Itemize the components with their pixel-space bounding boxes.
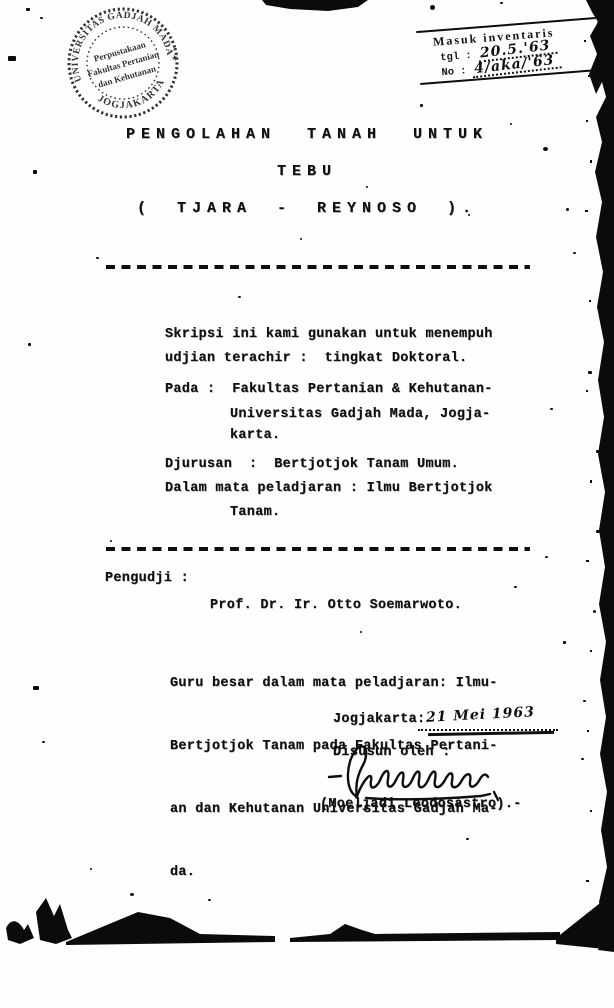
noise-speck: [500, 2, 503, 4]
statement-pada-line-1: Pada : Fakultas Pertanian & Kehutanan-: [165, 382, 493, 397]
noise-speck: [33, 686, 39, 690]
statement-mata-line-1: Dalam mata peladjaran : Ilmu Bertjotjok: [165, 481, 493, 496]
thesis-title-line-2: TEBU: [0, 163, 614, 180]
library-round-stamp: UNIVERSITAS GADJAH MADA JOGJAKARTA ✶ Per…: [36, 2, 210, 124]
noise-speck: [352, 3, 358, 7]
noise-speck: [563, 641, 566, 644]
noise-speck: [510, 123, 512, 125]
statement-line-2: udjian terachir : tingkat Doktoral.: [165, 351, 467, 366]
statement-pada-line-3: karta.: [230, 428, 280, 443]
noise-speck: [96, 257, 99, 259]
stamp-star-icon: ✶: [170, 53, 181, 66]
noise-speck: [588, 371, 592, 374]
examiner-desc-line-4: da.: [170, 862, 498, 883]
noise-speck: [42, 741, 45, 743]
examiner-name: Prof. Dr. Ir. Otto Soemarwoto.: [210, 598, 462, 613]
noise-speck: [26, 8, 30, 11]
examiner-desc-line-1: Guru besar dalam mata peladjaran: Ilmu-: [170, 673, 498, 694]
author-signature: [326, 740, 506, 804]
noise-speck: [596, 530, 600, 533]
dashed-divider-bottom: [106, 547, 530, 551]
noise-speck: [430, 5, 435, 10]
noise-speck: [596, 450, 599, 453]
thesis-title-line-3: ( TJARA - REYNOSO ).: [0, 200, 614, 217]
inventory-number-label: No :: [427, 65, 467, 80]
noise-speck: [28, 343, 31, 346]
noise-speck: [514, 586, 517, 588]
noise-speck: [33, 170, 37, 174]
noise-speck: [8, 56, 16, 61]
noise-speck: [583, 700, 586, 702]
noise-speck: [90, 868, 92, 870]
scanned-thesis-title-page: UNIVERSITAS GADJAH MADA JOGJAKARTA ✶ Per…: [0, 0, 614, 1008]
thesis-title-line-1: PENGOLAHAN TANAH UNTUK: [0, 126, 614, 143]
noise-speck: [468, 214, 470, 216]
closing-place-label: Jogjakarta:: [333, 712, 425, 727]
noise-speck: [110, 540, 112, 542]
author-name: (Moeljadi Leodosastro).-: [320, 797, 522, 812]
noise-speck: [366, 186, 368, 188]
right-page-edge-artifact: [584, 0, 614, 952]
noise-speck: [420, 104, 423, 107]
statement-mata-line-2: Tanam.: [230, 505, 280, 520]
noise-speck: [593, 610, 596, 613]
noise-speck: [360, 631, 362, 633]
noise-speck: [40, 17, 43, 19]
examiner-heading: Pengudji :: [105, 571, 189, 586]
statement-djurusan-line: Djurusan : Bertjotjok Tanam Umum.: [165, 457, 459, 472]
top-page-edge-artifact: [250, 0, 380, 14]
noise-speck: [581, 758, 584, 760]
statement-line-1: Skripsi ini kami gunakan untuk menempuh: [165, 327, 493, 342]
bottom-page-edge-artifact: [0, 886, 614, 966]
statement-pada-line-2: Universitas Gadjah Mada, Jogja-: [230, 407, 490, 422]
dashed-divider-top: [106, 265, 530, 269]
noise-speck: [130, 893, 134, 896]
noise-speck: [545, 556, 548, 558]
noise-speck: [550, 408, 553, 410]
noise-speck: [300, 238, 302, 240]
noise-speck: [573, 252, 576, 254]
noise-speck: [466, 838, 469, 840]
noise-speck: [543, 147, 548, 151]
inventory-stamp-box: Masuk inventaris tgl : 20.5.'63 No : 4/a…: [416, 17, 600, 85]
noise-speck: [566, 208, 569, 211]
noise-speck: [208, 899, 211, 901]
noise-speck: [238, 296, 241, 298]
